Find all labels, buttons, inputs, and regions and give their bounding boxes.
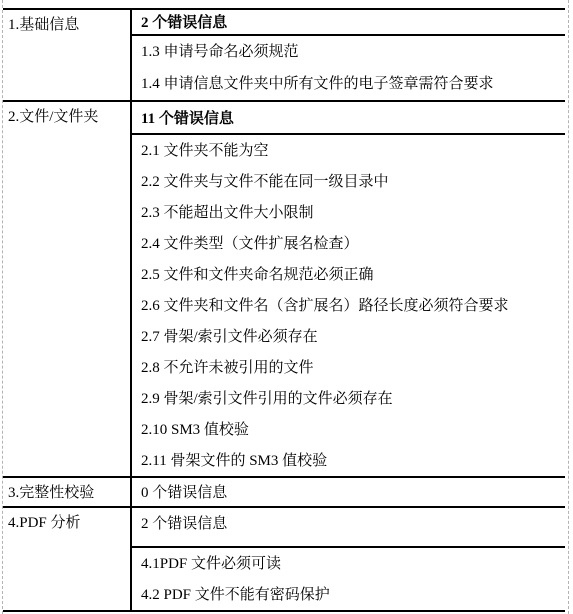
right-text-boundary-dash	[568, 0, 569, 614]
error-count-summary: 2 个错误信息	[132, 508, 565, 548]
category-label: 1.基础信息	[3, 10, 132, 100]
error-item: 2.2 文件夹与文件不能在同一级目录中	[132, 166, 565, 197]
table-row: 2.文件/文件夹 11 个错误信息 2.1 文件夹不能为空 2.2 文件夹与文件…	[3, 102, 565, 478]
error-item: 2.5 文件和文件夹命名规范必须正确	[132, 259, 565, 290]
error-item: 2.7 骨架/索引文件必须存在	[132, 321, 565, 352]
error-item: 2.9 骨架/索引文件引用的文件必须存在	[132, 383, 565, 414]
error-item: 4.2 PDF 文件不能有密码保护	[132, 579, 565, 610]
error-count-summary: 0 个错误信息	[132, 478, 565, 506]
error-count-summary: 11 个错误信息	[132, 102, 565, 135]
error-item: 2.11 骨架文件的 SM3 值校验	[132, 445, 565, 476]
error-item: 2.4 文件类型（文件扩展名检查）	[132, 228, 565, 259]
validation-results-table: 1.基础信息 2 个错误信息 1.3 申请号命名必须规范 1.4 申请信息文件夹…	[3, 8, 565, 612]
category-content-cell: 2 个错误信息 1.3 申请号命名必须规范 1.4 申请信息文件夹中所有文件的电…	[132, 10, 565, 100]
error-count-summary: 2 个错误信息	[132, 10, 565, 36]
category-label: 3.完整性校验	[3, 478, 132, 506]
category-content-cell: 11 个错误信息 2.1 文件夹不能为空 2.2 文件夹与文件不能在同一级目录中…	[132, 102, 565, 476]
error-item: 2.8 不允许未被引用的文件	[132, 352, 565, 383]
error-item: 2.1 文件夹不能为空	[132, 135, 565, 166]
error-item: 2.10 SM3 值校验	[132, 414, 565, 445]
category-content-cell: 0 个错误信息	[132, 478, 565, 506]
table-row: 3.完整性校验 0 个错误信息	[3, 478, 565, 508]
error-item: 1.3 申请号命名必须规范	[132, 36, 565, 68]
error-item: 1.4 申请信息文件夹中所有文件的电子签章需符合要求	[132, 68, 565, 100]
category-label: 4.PDF 分析	[3, 508, 132, 610]
error-item: 4.1PDF 文件必须可读	[132, 548, 565, 579]
category-content-cell: 2 个错误信息 4.1PDF 文件必须可读 4.2 PDF 文件不能有密码保护	[132, 508, 565, 610]
table-row: 1.基础信息 2 个错误信息 1.3 申请号命名必须规范 1.4 申请信息文件夹…	[3, 10, 565, 102]
table-row: 4.PDF 分析 2 个错误信息 4.1PDF 文件必须可读 4.2 PDF 文…	[3, 508, 565, 610]
error-item: 2.3 不能超出文件大小限制	[132, 197, 565, 228]
document-page: 1.基础信息 2 个错误信息 1.3 申请号命名必须规范 1.4 申请信息文件夹…	[0, 0, 573, 614]
error-item: 2.6 文件夹和文件名（含扩展名）路径长度必须符合要求	[132, 290, 565, 321]
category-label: 2.文件/文件夹	[3, 102, 132, 476]
